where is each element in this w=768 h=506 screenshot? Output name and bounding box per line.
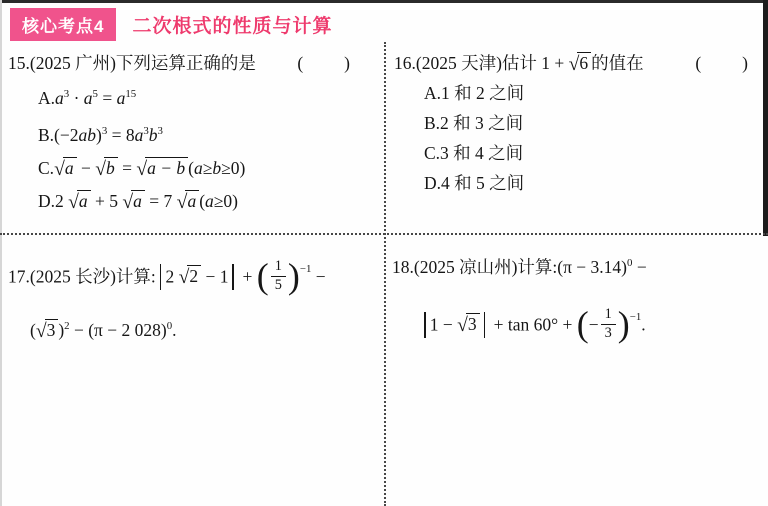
math-text: ≥0) [214,191,238,211]
math-sqrt: √a [68,185,91,218]
math-text: ≥0) [221,158,245,178]
fraction-denominator: 3 [601,324,616,343]
math-sqrt: √a − b [136,152,188,185]
radical-icon: √ [68,193,79,213]
math-paren: ) [288,260,300,292]
worksheet-page: 核心考点4 二次根式的性质与计算 15.(2025 广州)下列运算正确的是( )… [0,0,768,506]
math-text: B.(−2 [38,125,79,145]
math-text: + [238,266,257,286]
math-text: − 1 [201,266,228,286]
math-exponent: 3 [158,125,163,137]
section-badge: 核心考点4 [10,8,116,41]
radical-icon: √ [54,160,65,180]
problem-line: B.(−2ab)3 = 8a3b3 [8,115,380,152]
math-text: 的值在 [591,53,644,73]
math-text: = 7 [145,191,177,211]
section-header: 核心考点4 二次根式的性质与计算 [10,8,332,41]
math-sqrt: √a [54,152,77,185]
math-text: 15.(2025 广州)下列运算正确的是 [8,53,256,73]
problem-18: 18.(2025 凉山州)计算:(π − 3.14)0 −1 − √3 + ta… [392,238,764,349]
math-exponent: −1 [630,311,642,323]
fraction-numerator: 1 [275,258,282,276]
math-paren: ) [618,308,630,340]
math-var: b [212,158,221,178]
problem-17: 17.(2025 长沙)计算:2 √2 − 1 + (15)−1 −(√3)2 … [8,244,382,355]
math-sqrt: √3 [457,299,480,349]
math-sqrt: √3 [36,305,59,355]
math-text: − [77,158,96,178]
math-var: b [149,125,158,145]
math-abs-bar [424,312,426,338]
math-text: = [98,88,117,108]
problem-15: 15.(2025 广州)下列运算正确的是( )A.a3 · a5 = a15B.… [8,48,380,218]
column-divider [384,42,386,506]
math-text: C. [38,158,54,178]
scan-edge-right [763,0,768,236]
math-text: D.2 [38,191,68,211]
math-text: 17.(2025 长沙)计算: [8,266,156,286]
problem-line: A.1 和 2 之间 [394,78,762,108]
math-text: 16.(2025 天津)估计 1 + [394,53,569,73]
math-text: D.4 和 5 之间 [424,173,524,193]
math-var: a [194,158,203,178]
scan-edge-left [0,0,2,506]
radical-icon: √ [569,55,580,75]
fraction-denominator: 5 [271,276,286,295]
math-abs-bar [484,312,486,338]
radical-icon: √ [95,160,106,180]
math-text: = [118,158,137,178]
math-exponent: −1 [300,263,312,275]
row-divider [0,233,768,235]
math-sqrt: √b [95,152,118,185]
math-text: 2 [165,266,178,286]
radical-icon: √ [136,160,147,180]
math-text: B.2 和 3 之间 [424,113,523,133]
math-text: − [632,257,646,277]
math-var: ab [79,125,97,145]
math-text: − [589,314,599,334]
math-text: . [641,314,645,334]
math-sqrt: √6 [569,48,592,78]
radical-icon: √ [36,322,47,342]
math-fraction: 13 [601,306,616,343]
math-text: 18.(2025 凉山州)计算:(π − 3.14) [392,257,627,277]
math-radicand: a − b [145,157,188,178]
math-text: + tan 60° + [489,314,577,334]
math-paren: ( [577,308,589,340]
math-text: C.3 和 4 之间 [424,143,523,163]
answer-blank: ( ) [695,48,750,78]
radical-icon: √ [177,193,188,213]
radical-icon: √ [179,268,190,288]
math-abs-bar [232,264,234,290]
scan-edge-top [0,0,768,3]
math-text: . [172,320,176,340]
math-text: A. [38,88,55,108]
problem-line: 1 − √3 + tan 60° + (−13)−1. [392,292,764,349]
math-text: = 8 [107,125,134,145]
math-sqrt: √2 [179,251,202,301]
problem-line: D.4 和 5 之间 [394,168,762,198]
problem-16: 16.(2025 天津)估计 1 + √6的值在( )A.1 和 2 之间B.2… [394,48,762,198]
math-exponent: 15 [125,88,136,100]
math-text: 1 − [430,314,457,334]
math-text: − [311,266,325,286]
math-abs-bar [160,264,162,290]
section-title: 二次根式的性质与计算 [132,11,332,38]
fraction-numerator: 1 [605,306,612,324]
problem-line: 17.(2025 长沙)计算:2 √2 − 1 + (15)−1 − [8,244,382,301]
problem-line: 15.(2025 广州)下列运算正确的是( ) [8,48,380,78]
problem-line: D.2 √a + 5 √a = 7 √a(a≥0) [8,185,380,218]
radical-icon: √ [122,193,133,213]
problem-line: 18.(2025 凉山州)计算:(π − 3.14)0 − [392,238,764,292]
math-text: ≥ [203,158,213,178]
problem-line: A.a3 · a5 = a15 [8,78,380,115]
math-var: a [117,88,126,108]
math-sqrt: √a [177,185,200,218]
math-var: a [205,191,214,211]
math-sqrt: √a [122,185,145,218]
problem-line: B.2 和 3 之间 [394,108,762,138]
math-fraction: 15 [271,258,286,295]
math-var: a [55,88,64,108]
answer-blank: ( ) [297,48,352,78]
math-text: + 5 [91,191,123,211]
problem-line: C.3 和 4 之间 [394,138,762,168]
math-paren: ( [257,260,269,292]
math-text: − (π − 2 028) [70,320,167,340]
math-var: a [84,88,93,108]
math-text: A.1 和 2 之间 [424,83,524,103]
problem-line: 16.(2025 天津)估计 1 + √6的值在( ) [394,48,762,78]
problem-line: (√3)2 − (π − 2 028)0. [8,301,382,355]
math-text: · [69,88,84,108]
radical-icon: √ [457,316,468,336]
problem-line: C.√a − √b = √a − b(a≥b≥0) [8,152,380,185]
